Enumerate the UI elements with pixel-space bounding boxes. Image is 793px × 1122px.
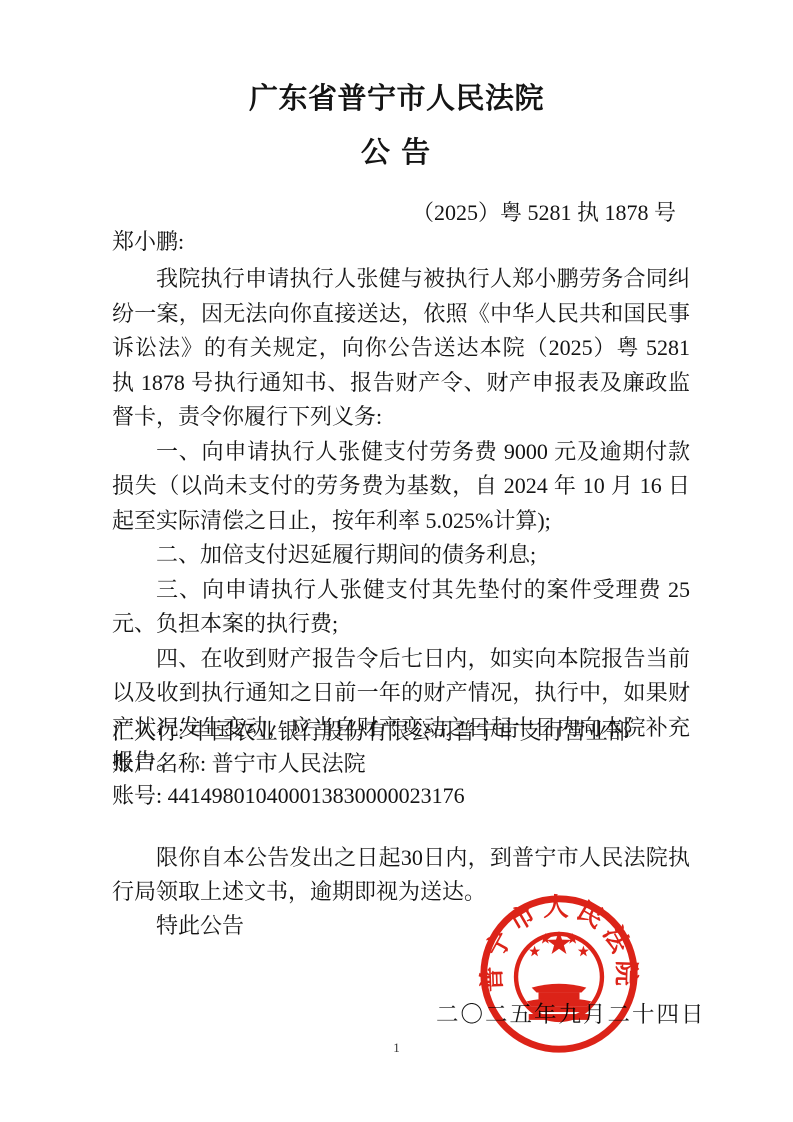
account-number-line: 账号: 441498010400013830000023176 bbox=[112, 780, 690, 812]
issue-date: 二〇二五年九月二十四日 bbox=[436, 997, 706, 1029]
page-number: 1 bbox=[0, 1040, 793, 1056]
bank-info: 汇入行: 中国农业银行股份有限公司普宁市支行营业部 账户名称: 普宁市人民法院 … bbox=[112, 716, 690, 812]
remit-bank-line: 汇入行: 中国农业银行股份有限公司普宁市支行营业部 bbox=[112, 716, 690, 748]
case-number: （2025）粤 5281 执 1878 号 bbox=[112, 196, 690, 227]
notice-body: 我院执行申请执行人张健与被执行人郑小鹏劳务合同纠纷一案，因无法向你直接送达，依照… bbox=[112, 262, 690, 780]
deadline-paragraph: 限你自本公告发出之日起30日内，到普宁市人民法院执行局领取上述文书，逾期即视为送… bbox=[112, 841, 690, 909]
paragraph-item-1: 一、向申请执行人张健支付劳务费 9000 元及逾期付款损失（以尚未支付的劳务费为… bbox=[112, 435, 690, 539]
account-name-line: 账户名称: 普宁市人民法院 bbox=[112, 748, 690, 780]
paragraph-item-2: 二、加倍支付迟延履行期间的债务利息; bbox=[112, 538, 690, 573]
addressee-name: 郑小鹏: bbox=[112, 228, 690, 256]
doc-type-heading: 公 告 bbox=[0, 130, 793, 171]
paragraph-item-3: 三、向申请执行人张健支付其先垫付的案件受理费 25 元、负担本案的执行费; bbox=[112, 573, 690, 642]
hereby-announcement: 特此公告 bbox=[112, 909, 690, 943]
court-title: 广东省普宁市人民法院 bbox=[0, 76, 793, 117]
court-notice-page: 广东省普宁市人民法院 公 告 （2025）粤 5281 执 1878 号 郑小鹏… bbox=[0, 0, 793, 1122]
closing-section: 限你自本公告发出之日起30日内，到普宁市人民法院执行局领取上述文书，逾期即视为送… bbox=[112, 841, 690, 943]
paragraph-intro: 我院执行申请执行人张健与被执行人郑小鹏劳务合同纠纷一案，因无法向你直接送达，依照… bbox=[112, 262, 690, 435]
